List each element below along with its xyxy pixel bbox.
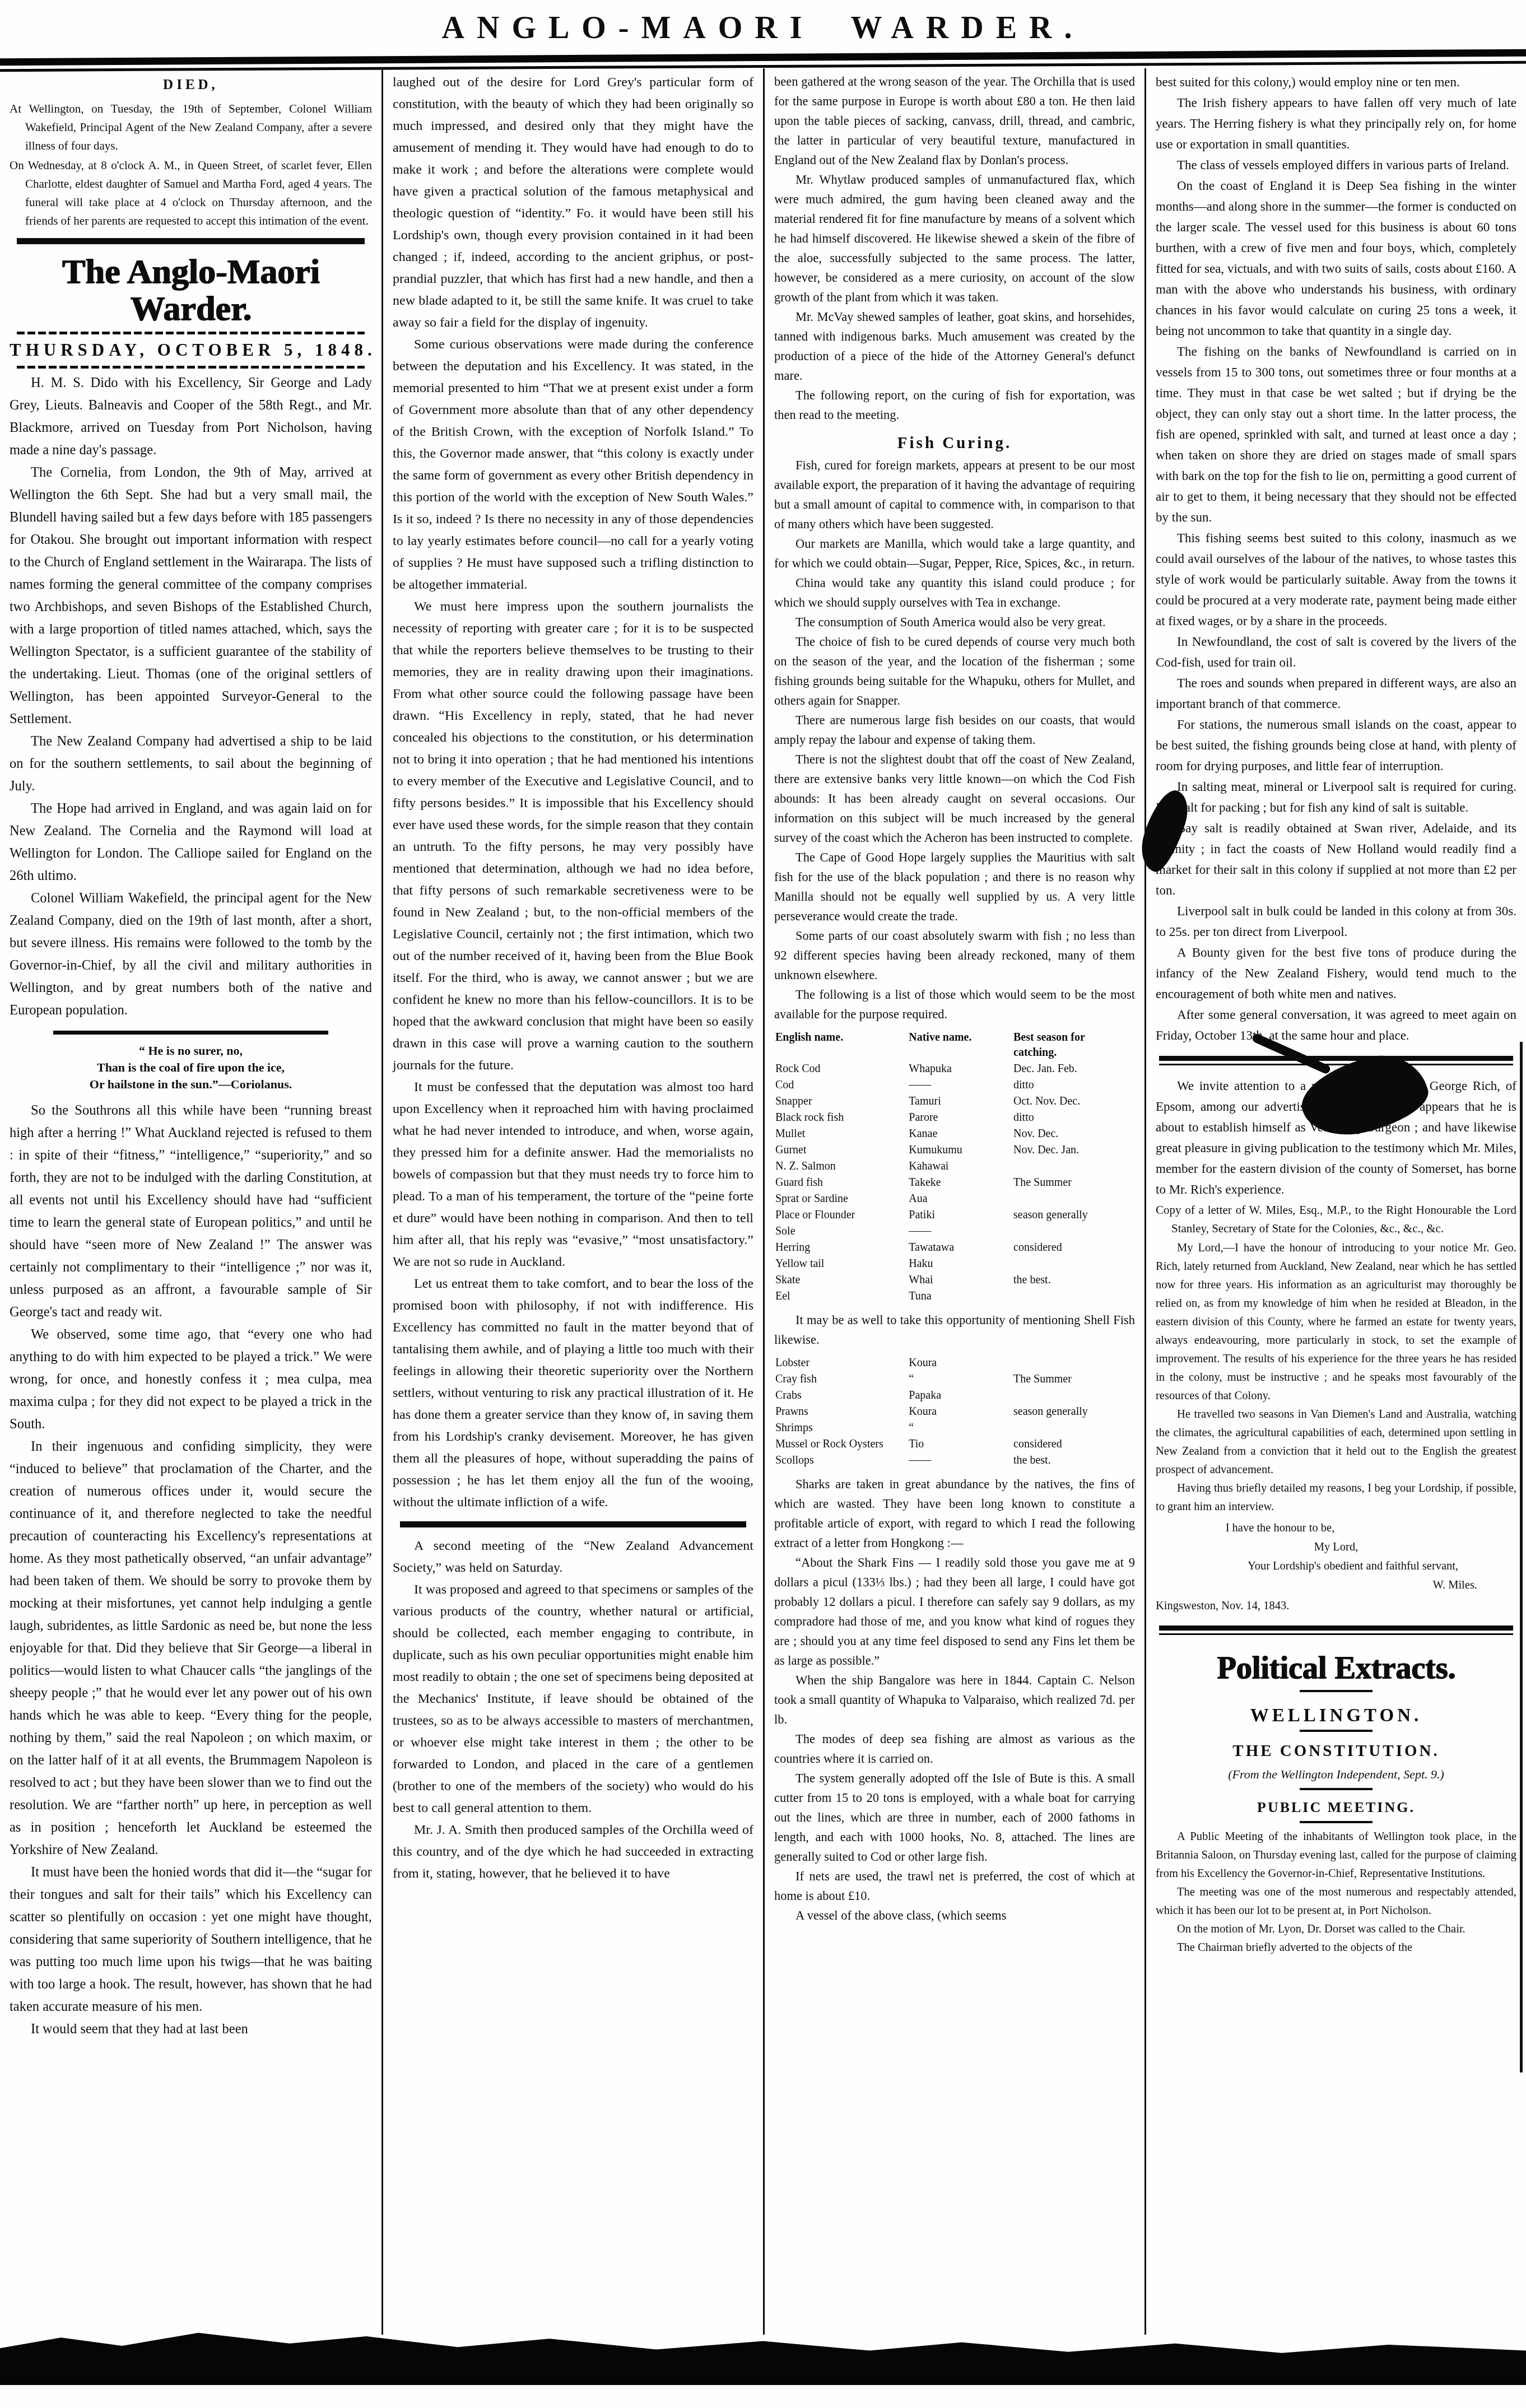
political-extracts-title: Political Extracts.: [1156, 1650, 1516, 1687]
paragraph: We must here impress upon the southern j…: [393, 596, 753, 1077]
table-row: Rock CodWhapukaDec. Jan. Feb.: [774, 1061, 1135, 1077]
table-cell: Sprat or Sardine: [774, 1191, 908, 1207]
table-cell: The Summer: [1012, 1371, 1135, 1387]
paragraph: A second meeting of the “New Zealand Adv…: [393, 1535, 753, 1579]
paragraph: The roes and sounds when prepared in dif…: [1156, 673, 1516, 714]
paragraph: The Hope had arrived in England, and was…: [10, 798, 372, 887]
table-row: Shrimps“: [774, 1420, 1135, 1436]
paragraph: It must be confessed that the deputation…: [393, 1077, 753, 1273]
table-row: Sole——: [774, 1223, 1135, 1240]
table-row: Guard fishTakekeThe Summer: [774, 1175, 1135, 1191]
masthead-title: ANGLO-MAORI WARDER.: [0, 11, 1526, 45]
table-cell: Rock Cod: [774, 1061, 908, 1077]
table-cell: Nov. Dec. Jan.: [1012, 1142, 1135, 1158]
paragraph: Mr. Whytlaw produced samples of unmanufa…: [774, 170, 1135, 307]
table-cell: Whai: [908, 1272, 1012, 1288]
paragraph: A Bounty given for the best five tons of…: [1156, 942, 1516, 1004]
section-heading: THE CONSTITUTION.: [1156, 1741, 1516, 1762]
paragraph: best suited for this colony,) would empl…: [1156, 72, 1516, 92]
paragraph: A vessel of the above class, (which seem…: [774, 1906, 1135, 1925]
table-cell: ——: [908, 1223, 1012, 1240]
divider: [17, 238, 365, 244]
letter-heading: Copy of a letter of W. Miles, Esq., M.P.…: [1156, 1201, 1516, 1238]
scan-edge-artifact: [1520, 1042, 1523, 2072]
table-cell: Place or Flounder: [774, 1207, 908, 1223]
table-cell: Whapuka: [908, 1061, 1012, 1077]
table-header: Native name.: [908, 1030, 1012, 1061]
paragraph: The system generally adopted off the Isl…: [774, 1768, 1135, 1866]
divider: [17, 366, 365, 369]
table-cell: “: [908, 1371, 1012, 1387]
table-cell: Aua: [908, 1191, 1012, 1207]
table-cell: [1012, 1355, 1135, 1371]
column-1: DIED,At Wellington, on Tuesday, the 19th…: [0, 68, 381, 2335]
divider: [1159, 1056, 1513, 1065]
table-cell: [1012, 1387, 1135, 1404]
table-cell: considered: [1012, 1436, 1135, 1452]
paragraph-small: The Chairman briefly adverted to the obj…: [1156, 1939, 1516, 1957]
paragraph-small: The meeting was one of the most numerous…: [1156, 1883, 1516, 1920]
paragraph: There are numerous large fish besides on…: [774, 710, 1135, 749]
table-cell: Papaka: [908, 1387, 1012, 1404]
paragraph: There is not the slightest doubt that of…: [774, 749, 1135, 847]
table-row: GurnetKumukumuNov. Dec. Jan.: [774, 1142, 1135, 1158]
table-cell: Herring: [774, 1240, 908, 1256]
paragraph: Let us entreat them to take comfort, and…: [393, 1273, 753, 1513]
paragraph: The following report, on the curing of f…: [774, 385, 1135, 425]
table-cell: Lobster: [774, 1355, 908, 1371]
table-cell: “: [908, 1420, 1012, 1436]
letter-closing-line: W. Miles.: [1156, 1576, 1516, 1595]
paragraph: Our markets are Manilla, which would tak…: [774, 534, 1135, 573]
table-row: LobsterKoura: [774, 1355, 1135, 1371]
letter-closing-line: Your Lordship's obedient and faithful se…: [1156, 1557, 1516, 1576]
quote-line: Or hailstone in the sun.”—Coriolanus.: [10, 1076, 372, 1093]
table-row: MulletKanaeNov. Dec.: [774, 1126, 1135, 1142]
paragraph: For stations, the numerous small islands…: [1156, 714, 1516, 776]
paragraph: Some curious observations were made duri…: [393, 334, 753, 596]
table-cell: Patiki: [908, 1207, 1012, 1223]
table-row: Mussel or Rock OystersTioconsidered: [774, 1436, 1135, 1452]
table-row: EelTuna: [774, 1288, 1135, 1305]
fish-table: English name.Native name.Best season for…: [774, 1030, 1135, 1305]
paragraph: The New Zealand Company had advertised a…: [10, 730, 372, 798]
divider: [1300, 1821, 1373, 1823]
paragraph: “About the Shark Fins — I readily sold t…: [774, 1553, 1135, 1670]
paragraph: In their ingenuous and confiding simplic…: [10, 1436, 372, 1861]
death-notice: On Wednesday, at 8 o'clock A. M., in Que…: [10, 156, 372, 230]
column-4: best suited for this colony,) would empl…: [1144, 68, 1526, 2335]
paragraph-small: My Lord,—I have the honour of introducin…: [1156, 1239, 1516, 1405]
column-2: laughed out of the desire for Lord Grey'…: [381, 68, 763, 2335]
paragraph: So the Southrons all this while have bee…: [10, 1100, 372, 1324]
table-cell: Crabs: [774, 1387, 908, 1404]
paragraph: It was proposed and agreed to that speci…: [393, 1579, 753, 1819]
table-cell: Mullet: [774, 1126, 908, 1142]
letter-closing-line: My Lord,: [1156, 1538, 1516, 1557]
table-cell: Mussel or Rock Oysters: [774, 1436, 908, 1452]
paragraph: The Cornelia, from London, the 9th of Ma…: [10, 462, 372, 730]
masthead: ANGLO-MAORI WARDER.: [0, 0, 1526, 68]
paragraph: laughed out of the desire for Lord Grey'…: [393, 72, 753, 334]
table-cell: Koura: [908, 1404, 1012, 1420]
table-cell: Parore: [908, 1110, 1012, 1126]
table-row: Sprat or SardineAua: [774, 1191, 1135, 1207]
table-cell: season generally: [1012, 1207, 1135, 1223]
table-cell: Takeke: [908, 1175, 1012, 1191]
paragraph: China would take any quantity this islan…: [774, 573, 1135, 612]
table-row: Place or FlounderPatikiseason generally: [774, 1207, 1135, 1223]
table-row: SnapperTamuriOct. Nov. Dec.: [774, 1093, 1135, 1110]
paragraph: H. M. S. Dido with his Excellency, Sir G…: [10, 372, 372, 462]
paragraph: Liverpool salt in bulk could be landed i…: [1156, 901, 1516, 942]
table-row: HerringTawatawaconsidered: [774, 1240, 1135, 1256]
shellfish-table: LobsterKouraCray fish“The SummerCrabsPap…: [774, 1355, 1135, 1469]
paragraph: Some parts of our coast absolutely swarm…: [774, 926, 1135, 985]
table-cell: Tawatawa: [908, 1240, 1012, 1256]
table-row: SkateWhaithe best.: [774, 1272, 1135, 1288]
newspaper-page: ANGLO-MAORI WARDER. DIED,At Wellington, …: [0, 0, 1526, 2408]
table-row: Black rock fishParoreditto: [774, 1110, 1135, 1126]
paragraph-small: Kingsweston, Nov. 14, 1843.: [1156, 1597, 1516, 1615]
table-row: Scollops——the best.: [774, 1452, 1135, 1469]
table-row: Yellow tailHaku: [774, 1256, 1135, 1272]
table-cell: [1012, 1158, 1135, 1175]
paragraph-small: Having thus briefly detailed my reasons,…: [1156, 1479, 1516, 1516]
paragraph: The class of vessels employed differs in…: [1156, 155, 1516, 175]
table-cell: Snapper: [774, 1093, 908, 1110]
table-header: Best season for catching.: [1012, 1030, 1135, 1061]
death-notice: At Wellington, on Tuesday, the 19th of S…: [10, 100, 372, 155]
section-heading: PUBLIC MEETING.: [1156, 1797, 1516, 1818]
table-cell: Tamuri: [908, 1093, 1012, 1110]
columns-container: DIED,At Wellington, on Tuesday, the 19th…: [0, 68, 1526, 2335]
table-cell: Kahawai: [908, 1158, 1012, 1175]
paragraph-small: On the motion of Mr. Lyon, Dr. Dorset wa…: [1156, 1920, 1516, 1939]
table-cell: Kanae: [908, 1126, 1012, 1142]
table-cell: Eel: [774, 1288, 908, 1305]
paragraph: After some general conversation, it was …: [1156, 1004, 1516, 1046]
paragraph: It may be as well to take this opportuni…: [774, 1310, 1135, 1349]
paragraph: It must have been the honied words that …: [10, 1861, 372, 2018]
table-cell: The Summer: [1012, 1175, 1135, 1191]
letter-closing-line: I have the honour to be,: [1156, 1519, 1516, 1538]
table-cell: Kumukumu: [908, 1142, 1012, 1158]
table-cell: Tuna: [908, 1288, 1012, 1305]
paragraph: This fishing seems best suited to this c…: [1156, 528, 1516, 631]
table-cell: Cod: [774, 1077, 908, 1093]
paragraph: The modes of deep sea fishing are almost…: [774, 1729, 1135, 1768]
table-cell: Haku: [908, 1256, 1012, 1272]
source-attribution: (From the Wellington Independent, Sept. …: [1156, 1764, 1516, 1785]
paragraph: The Cape of Good Hope largely supplies t…: [774, 847, 1135, 926]
paragraph-small: He travelled two seasons in Van Diemen's…: [1156, 1405, 1516, 1479]
paragraph: In salting meat, mineral or Liverpool sa…: [1156, 776, 1516, 818]
paragraph-small: A Public Meeting of the inhabitants of W…: [1156, 1828, 1516, 1883]
table-cell: Black rock fish: [774, 1110, 908, 1126]
table-header-row: English name.Native name.Best season for…: [774, 1030, 1135, 1061]
paragraph: Sharks are taken in great abundance by t…: [774, 1474, 1135, 1553]
shakespeare-quote: “ He is no surer, no,Than is the coal of…: [10, 1042, 372, 1093]
letter-closing: I have the honour to be,My Lord,Your Lor…: [1156, 1519, 1516, 1595]
divider: [17, 332, 365, 334]
paragraph: When the ship Bangalore was here in 1844…: [774, 1670, 1135, 1729]
table-row: N. Z. SalmonKahawai: [774, 1158, 1135, 1175]
quote-line: Than is the coal of fire upon the ice,: [10, 1059, 372, 1076]
paragraph: been gathered at the wrong season of the…: [774, 72, 1135, 170]
divider: [1300, 1788, 1373, 1790]
paragraph: The Irish fishery appears to have fallen…: [1156, 92, 1516, 155]
table-cell: Nov. Dec.: [1012, 1126, 1135, 1142]
table-cell: the best.: [1012, 1452, 1135, 1469]
table-row: Cray fish“The Summer: [774, 1371, 1135, 1387]
table-cell: Tio: [908, 1436, 1012, 1452]
table-cell: ditto: [1012, 1110, 1135, 1126]
table-cell: [1012, 1223, 1135, 1240]
table-cell: Yellow tail: [774, 1256, 908, 1272]
table-cell: [1012, 1191, 1135, 1207]
table-cell: [1012, 1420, 1135, 1436]
death-notice-heading: DIED,: [10, 74, 372, 96]
issue-date: THURSDAY, OCTOBER 5, 1848.: [10, 339, 372, 361]
table-cell: Sole: [774, 1223, 908, 1240]
table-cell: Dec. Jan. Feb.: [1012, 1061, 1135, 1077]
divider: [400, 1521, 746, 1527]
table-cell: ditto: [1012, 1077, 1135, 1093]
divider: [1300, 1690, 1373, 1692]
paragraph: The following is a list of those which w…: [774, 985, 1135, 1024]
table-cell: Scollops: [774, 1452, 908, 1469]
table-cell: season generally: [1012, 1404, 1135, 1420]
table-cell: Skate: [774, 1272, 908, 1288]
paragraph: Bay salt is readily obtained at Swan riv…: [1156, 818, 1516, 901]
divider: [53, 1031, 329, 1035]
paragraph: Mr. McVay shewed samples of leather, goa…: [774, 307, 1135, 385]
table-cell: Guard fish: [774, 1175, 908, 1191]
divider: [1300, 1730, 1373, 1732]
table-cell: Cray fish: [774, 1371, 908, 1387]
paragraph: On the coast of England it is Deep Sea f…: [1156, 175, 1516, 341]
section-heading: WELLINGTON.: [1156, 1706, 1516, 1726]
quote-line: “ He is no surer, no,: [10, 1042, 372, 1059]
table-header: English name.: [774, 1030, 908, 1061]
table-cell: ——: [908, 1452, 1012, 1469]
table-row: PrawnsKouraseason generally: [774, 1404, 1135, 1420]
table-row: Cod——ditto: [774, 1077, 1135, 1093]
table-cell: Prawns: [774, 1404, 908, 1420]
table-cell: Shrimps: [774, 1420, 908, 1436]
column-3: been gathered at the wrong season of the…: [763, 68, 1144, 2335]
divider: [1159, 1625, 1513, 1635]
paragraph: In Newfoundland, the cost of salt is cov…: [1156, 631, 1516, 673]
paragraph: If nets are used, the trawl net is prefe…: [774, 1866, 1135, 1906]
paragraph: The fishing on the banks of Newfoundland…: [1156, 341, 1516, 528]
table-cell: N. Z. Salmon: [774, 1158, 908, 1175]
table-row: CrabsPapaka: [774, 1387, 1135, 1404]
paragraph: It would seem that they had at last been: [10, 2018, 372, 2041]
paragraph: The choice of fish to be cured depends o…: [774, 632, 1135, 710]
table-cell: Oct. Nov. Dec.: [1012, 1093, 1135, 1110]
table-cell: ——: [908, 1077, 1012, 1093]
table-cell: the best.: [1012, 1272, 1135, 1288]
paragraph: Colonel William Wakefield, the principal…: [10, 887, 372, 1022]
paragraph: Mr. J. A. Smith then produced samples of…: [393, 1819, 753, 1885]
section-heading: Fish Curing.: [774, 434, 1135, 453]
paragraph: Fish, cured for foreign markets, appears…: [774, 455, 1135, 534]
paragraph: The consumption of South America would a…: [774, 612, 1135, 632]
paragraph: We observed, some time ago, that “every …: [10, 1324, 372, 1436]
paper-title: The Anglo-Maori Warder.: [10, 253, 372, 327]
table-cell: considered: [1012, 1240, 1135, 1256]
table-cell: [1012, 1288, 1135, 1305]
table-cell: [1012, 1256, 1135, 1272]
table-cell: Koura: [908, 1355, 1012, 1371]
table-cell: Gurnet: [774, 1142, 908, 1158]
